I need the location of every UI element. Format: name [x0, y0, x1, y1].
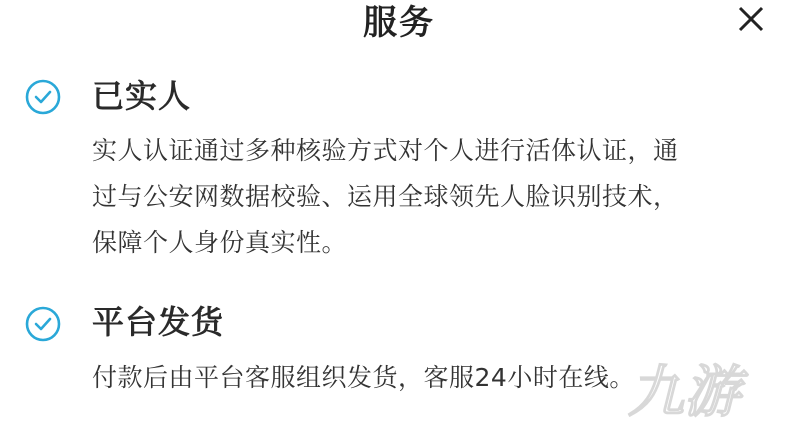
- dialog-header: 服务: [0, 0, 798, 50]
- description-line: 过与公安网数据校验、运用全球领先人脸识别技术，: [92, 174, 772, 220]
- close-button[interactable]: [734, 2, 768, 36]
- section-description: 付款后由平台客服组织发货，客服24小时在线。: [92, 355, 772, 401]
- check-circle-icon: [24, 305, 62, 343]
- close-icon: [734, 2, 768, 36]
- check-circle-icon: [24, 78, 62, 116]
- dialog-title: 服务: [0, 0, 798, 46]
- description-line: 付款后由平台客服组织发货，客服24小时在线。: [92, 355, 772, 401]
- description-line: 保障个人身份真实性。: [92, 220, 772, 266]
- section-title: 平台发货: [92, 302, 224, 342]
- section-title: 已实人: [92, 76, 191, 116]
- description-line: 实人认证通过多种核验方式对个人进行活体认证，通: [92, 128, 772, 174]
- section-description: 实人认证通过多种核验方式对个人进行活体认证，通 过与公安网数据校验、运用全球领先…: [92, 128, 772, 266]
